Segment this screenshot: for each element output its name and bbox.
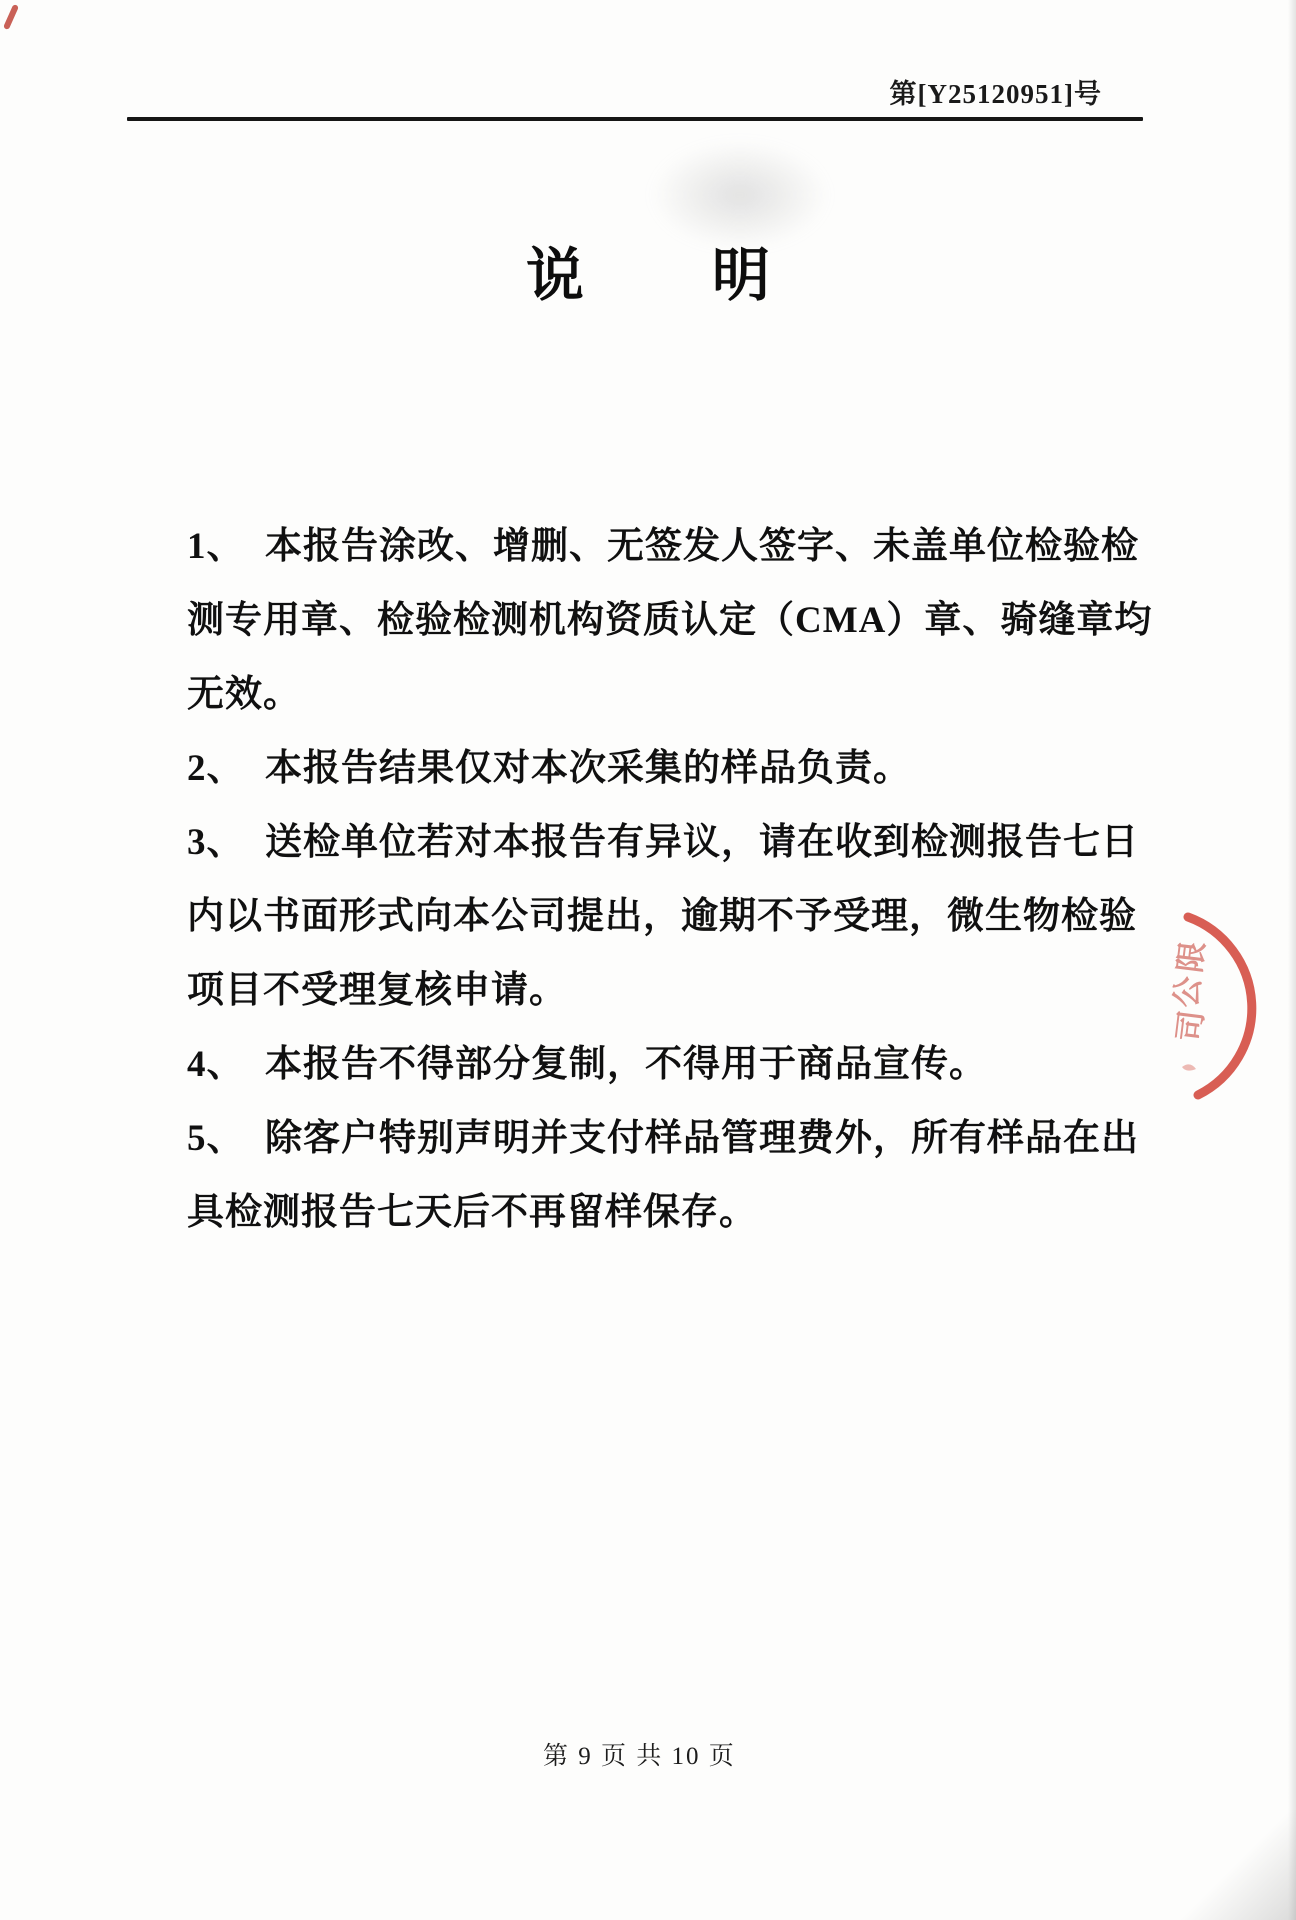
note-1-line-2: 测专用章、检验检测机构资质认定（CMA）章、骑缝章均 bbox=[187, 584, 1147, 658]
report-page: 第[Y25120951]号 说 明 1、本报告涂改、增删、无签发人签字、未盖单位… bbox=[0, 0, 1296, 1920]
scan-corner-mark bbox=[3, 4, 19, 30]
note-5-line-2: 具检测报告七天后不再留样保存。 bbox=[187, 1176, 1147, 1250]
note-4-number: 4、 bbox=[187, 1028, 265, 1102]
scan-corner-shadow bbox=[1146, 1810, 1296, 1920]
note-4-text-1: 本报告不得部分复制，不得用于商品宣传。 bbox=[265, 1044, 987, 1085]
note-5-line-1: 5、除客户特别声明并支付样品管理费外，所有样品在出 bbox=[187, 1102, 1147, 1176]
header-rule bbox=[127, 117, 1143, 121]
note-1-line-3: 无效。 bbox=[187, 658, 1147, 732]
note-3-line-3: 项目不受理复核申请。 bbox=[187, 954, 1147, 1028]
note-2-line-1: 2、本报告结果仅对本次采集的样品负责。 bbox=[187, 732, 1147, 806]
seal-faint-mark bbox=[1182, 1064, 1196, 1070]
title-char-1: 说 bbox=[526, 228, 584, 312]
title-char-2: 明 bbox=[712, 228, 770, 312]
note-1-text-1: 本报告涂改、增删、无签发人签字、未盖单位检验检 bbox=[265, 526, 1139, 567]
page-number-footer: 第 9 页 共 10 页 bbox=[543, 1736, 736, 1772]
page-title: 说 明 bbox=[0, 228, 1296, 312]
red-seal-arc: 限 公 司 bbox=[1136, 895, 1296, 1120]
note-1-number: 1、 bbox=[187, 510, 265, 584]
note-2-text-1: 本报告结果仅对本次采集的样品负责。 bbox=[265, 748, 911, 789]
note-3-text-1: 送检单位若对本报告有异议，请在收到检测报告七日 bbox=[265, 822, 1139, 863]
note-3-line-1: 3、送检单位若对本报告有异议，请在收到检测报告七日 bbox=[187, 806, 1147, 880]
seal-char-1: 限 bbox=[1172, 939, 1211, 974]
note-2-number: 2、 bbox=[187, 732, 265, 806]
document-number: 第[Y25120951]号 bbox=[890, 72, 1102, 111]
note-5-text-1: 除客户特别声明并支付样品管理费外，所有样品在出 bbox=[265, 1118, 1139, 1159]
seal-char-2: 公 bbox=[1168, 974, 1207, 1009]
red-seal-stamp: 限 公 司 bbox=[1136, 895, 1296, 1120]
note-3-line-2: 内以书面形式向本公司提出，逾期不予受理，微生物检验 bbox=[187, 880, 1147, 954]
note-4-line-1: 4、本报告不得部分复制，不得用于商品宣传。 bbox=[187, 1028, 1147, 1102]
note-1-line-1: 1、本报告涂改、增删、无签发人签字、未盖单位检验检 bbox=[187, 510, 1147, 584]
note-5-number: 5、 bbox=[187, 1102, 265, 1176]
note-3-number: 3、 bbox=[187, 806, 265, 880]
notes-list: 1、本报告涂改、增删、无签发人签字、未盖单位检验检 测专用章、检验检测机构资质认… bbox=[187, 510, 1147, 1250]
seal-char-3: 司 bbox=[1171, 1008, 1210, 1043]
